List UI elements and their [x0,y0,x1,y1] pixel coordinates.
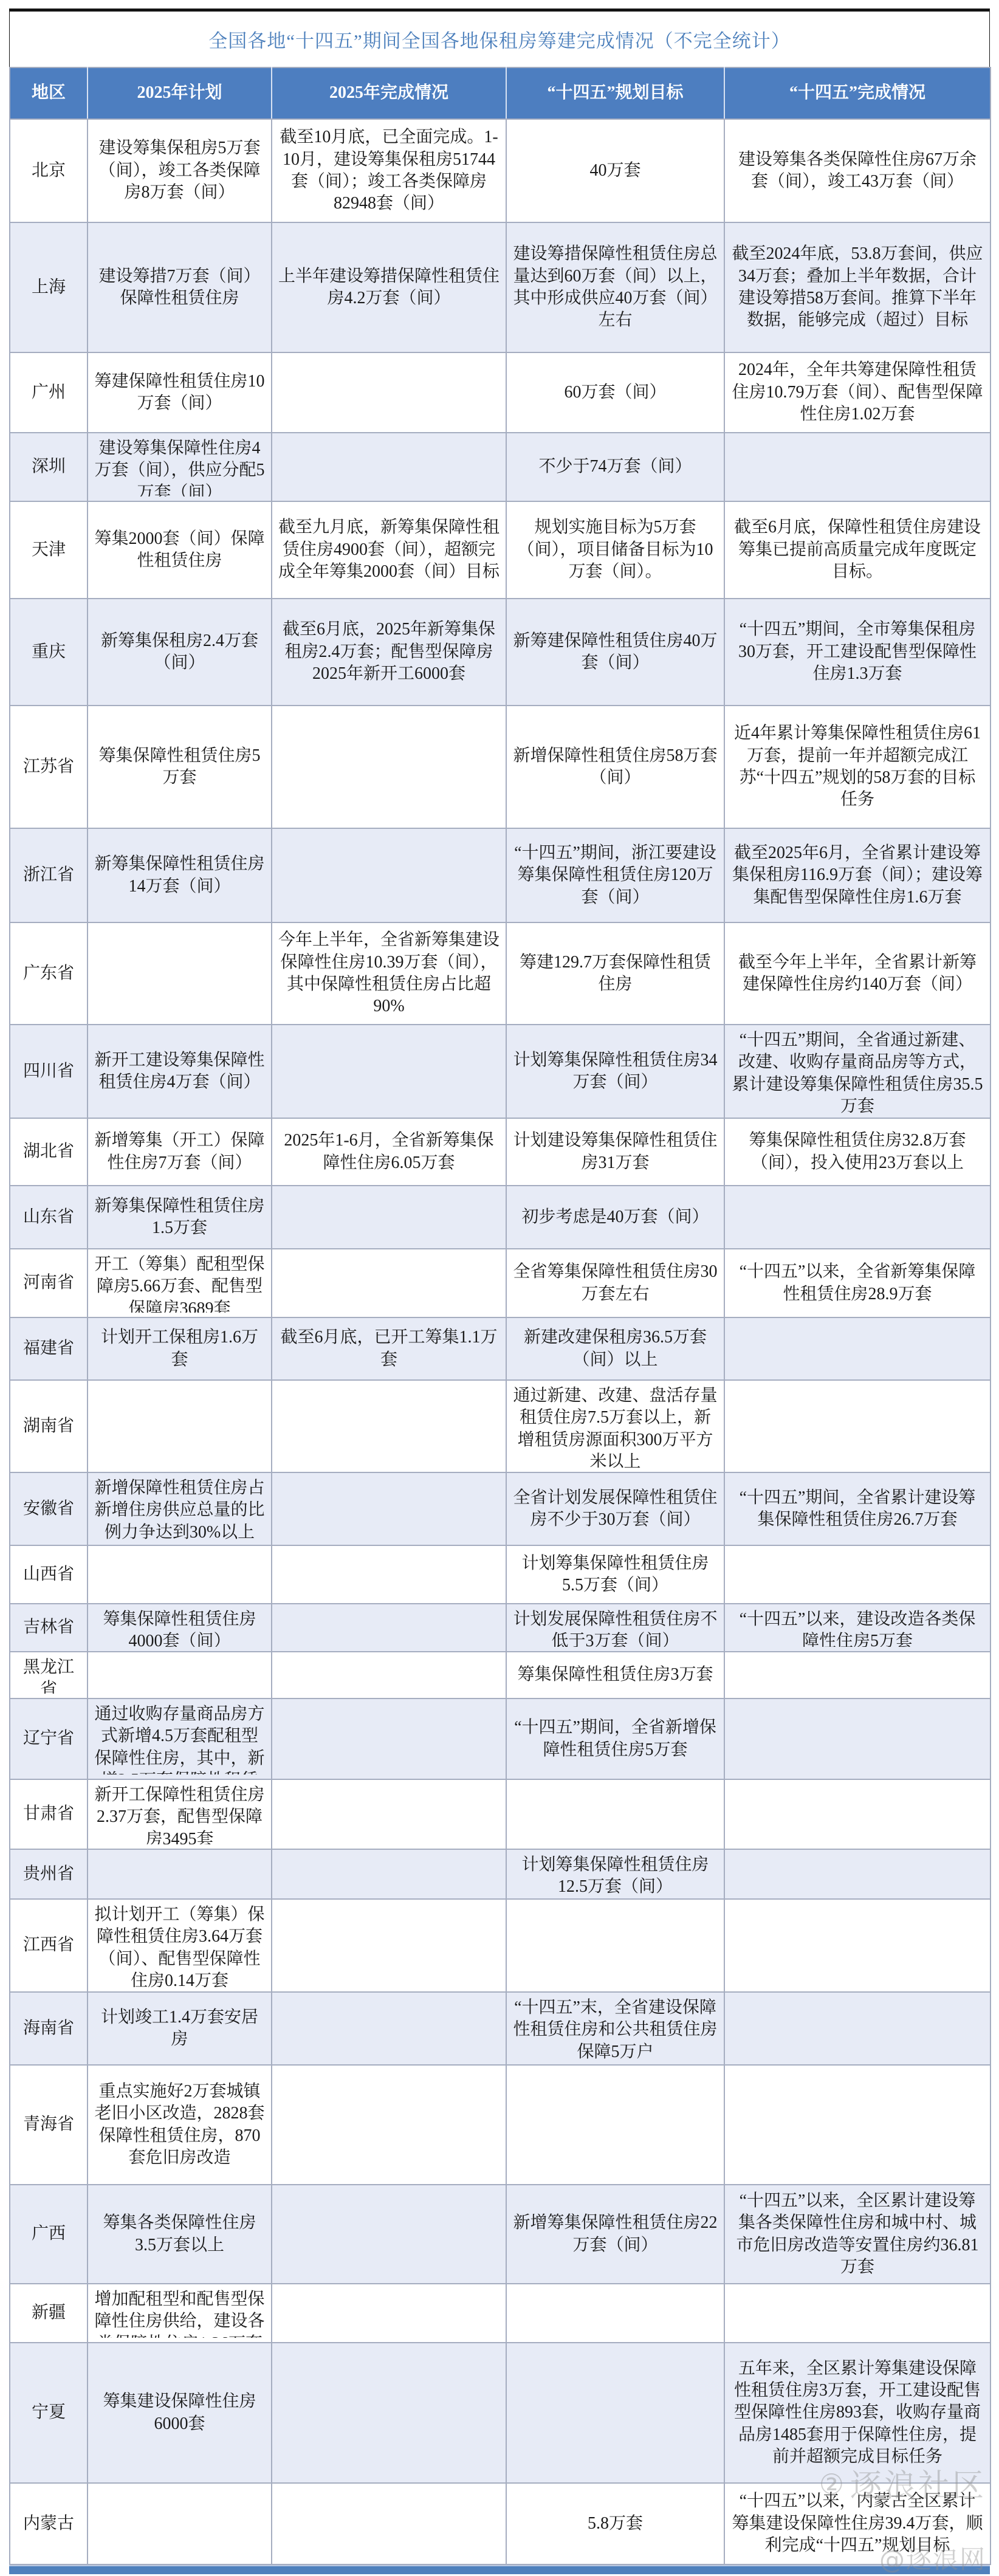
table-row-河南省: 河南省开工（筹集）配租型保障房5.66万套、配售型保障房3689套全省筹集保障性… [10,1249,990,1317]
cell-target-145-text: 5.8万套 [513,2513,718,2535]
cell-target-145: 新建改建保租房36.5万套（间）以上 [506,1317,724,1380]
cell-done-145-text: 筹集保障性租赁住房32.8万套（间），投入使用23万套以上 [731,1130,984,1174]
table-row-深圳: 深圳建设筹集保障性住房4万套（间），供应分配5万套（间）不少于74万套（间） [10,433,990,501]
region-cell: 广西 [10,2185,88,2284]
region-cell: 甘肃省 [10,1779,88,1849]
cell-target-145-text: 全省筹集保障性租赁住房30万套左右 [513,1261,718,1305]
cell-plan-2025: 筹集保障性租赁住房5万套 [88,706,272,828]
cell-target-145 [506,2284,724,2343]
table-row-内蒙古: 内蒙古5.8万套“十四五”以来，内蒙古全区累计筹集建设保障性住房39.4万套，顺… [10,2483,990,2564]
cell-target-145: 计划建设筹集保障性租赁住房31万套 [506,1118,724,1186]
table-row-湖南省: 湖南省通过新建、改建、盘活存量租赁住房7.5万套以上，新增租赁房源面积300万平… [10,1380,990,1472]
region-cell: 海南省 [10,1992,88,2065]
cell-target-145-text: 新筹建保障性租赁住房40万套（间） [513,630,718,675]
cell-target-145: 计划发展保障性租赁住房不低于3万套（间） [506,1604,724,1652]
cell-done-145 [724,1779,990,1849]
cell-done-145-text: 截至6月底，保障性租赁住房建设筹集已提前高质量完成年度既定目标。 [731,517,984,583]
cell-target-145 [506,2343,724,2483]
cell-plan-2025: 增加配租型和配售型保障性住房供给，建设各类保障性住房1.36万套 [88,2284,272,2343]
cell-target-145-text: 初步考虑是40万套（间） [513,1206,718,1228]
cell-done-2025 [272,1380,506,1472]
cell-done-2025 [272,1545,506,1604]
cell-done-145-text: 2024年，全年共筹建保障性租赁住房10.79万套（间）、配售型保障性住房1.0… [731,359,984,425]
table-row-广西: 广西筹集各类保障性住房3.5万套以上新增筹集保障性租赁住房22万套（间）“十四五… [10,2185,990,2284]
cell-done-145-text: “十四五”期间，全省通过新建、改建、收购存量商品房等方式，累计建设筹集保障性租赁… [731,1029,984,1113]
cell-done-2025-text: 上半年建设筹措保障性租赁住房4.2万套（间） [278,266,499,310]
cell-done-2025 [272,433,506,501]
housing-progress-table: 地区 2025年计划 2025年完成情况 “十四五”规划目标 “十四五”完成情况… [9,67,991,2565]
cell-done-2025: 截至6月底，已开工筹集1.1万套 [272,1317,506,1380]
cell-done-2025 [272,2343,506,2483]
cell-done-2025: 2025年1-6月，全省新筹集保障性住房6.05万套 [272,1118,506,1186]
cell-done-2025 [272,1899,506,1992]
region-label: 湖南省 [16,1415,81,1437]
region-label: 山东省 [16,1206,81,1228]
region-label: 宁夏 [16,2402,81,2423]
cell-done-145-text: 近4年累计筹集保障性租赁住房61万套，提前一年并超额完成江苏“十四五”规划的58… [731,723,984,811]
cell-plan-2025: 筹集建设保障性住房6000套 [88,2343,272,2483]
cell-done-2025 [272,828,506,922]
cell-done-2025-text: 今年上半年，全省新筹集建设保障性住房10.39万套（间），其中保障性租赁住房占比… [278,929,499,1018]
cell-target-145-text: 全省计划发展保障性租赁住房不少于30万套（间） [513,1487,718,1531]
cell-done-145-text: “十四五”以来，全省新筹集保障性租赁住房28.9万套 [731,1261,984,1305]
cell-done-2025-text: 截至6月底，2025年新筹集保租房2.4万套；配售型保障房2025年新开工600… [278,619,499,685]
cell-plan-2025-text: 新筹集保租房2.4万套（间） [94,630,265,675]
region-label: 黑龙江省 [16,1657,81,1694]
region-label: 青海省 [16,2114,81,2135]
cell-done-2025: 截至九月底，新筹集保障性租赁住房4900套（间），超额完成全年筹集2000套（间… [272,501,506,599]
table-row-青海省: 青海省重点实施好2万套城镇老旧小区改造，2828套保障性租赁住房，870套危旧房… [10,2065,990,2185]
cell-done-2025: 上半年建设筹措保障性租赁住房4.2万套（间） [272,222,506,352]
region-label: 吉林省 [16,1616,81,1638]
cell-done-145-text: 建设筹集各类保障性住房67万余套（间），竣工43万套（间） [731,149,984,193]
cell-target-145: 40万套 [506,119,724,222]
cell-done-2025 [272,1652,506,1698]
cell-done-145 [724,2065,990,2185]
region-cell: 四川省 [10,1025,88,1118]
table-row-广州: 广州筹建保障性租赁住房10万套（间）60万套（间）2024年，全年共筹建保障性租… [10,352,990,433]
region-cell: 山西省 [10,1545,88,1604]
cell-plan-2025: 新筹集保租房2.4万套（间） [88,599,272,706]
cell-plan-2025-text: 计划竣工1.4万套安居房 [94,2007,265,2051]
cell-target-145-text: 计划筹集保障性租赁住房12.5万套（间） [513,1854,718,1894]
region-cell: 吉林省 [10,1604,88,1652]
region-label: 甘肃省 [16,1803,81,1825]
cell-done-2025 [272,1698,506,1779]
region-cell: 青海省 [10,2065,88,2185]
column-header-done-2025: 2025年完成情况 [272,67,506,119]
table-row-辽宁省: 辽宁省通过收购存量商品房方式新增4.5万套配租型保障性住房，其中，新增2.5万套… [10,1698,990,1779]
title-block: 全国各地“十四五”期间全国各地保租房筹建完成情况（不完全统计） [9,9,990,67]
cell-plan-2025 [88,1380,272,1472]
cell-target-145 [506,1899,724,1992]
cell-plan-2025-text: 开工（筹集）配租型保障房5.66万套、配售型保障房3689套 [94,1254,265,1313]
table-row-海南省: 海南省计划竣工1.4万套安居房“十四五”末，全省建设保障性租赁住房和公共租赁住房… [10,1992,990,2065]
region-label: 山西省 [16,1564,81,1585]
cell-done-145 [724,1992,990,2065]
cell-plan-2025-text: 新开工保障性租赁住房2.37万套，配售型保障房3495套 [94,1784,265,1844]
cell-target-145 [506,1779,724,1849]
region-cell: 湖南省 [10,1380,88,1472]
cell-done-145: 五年来，全区累计筹集建设保障性租赁住房3万套，开工建设配售型保障性住房893套，… [724,2343,990,2483]
region-cell: 北京 [10,119,88,222]
cell-target-145-text: 规划实施目标为5万套（间），项目储备目标为10万套（间）。 [513,517,718,583]
cell-plan-2025: 建设筹措7万套（间）保障性租赁住房 [88,222,272,352]
cell-target-145-text: 60万套（间） [513,382,718,404]
cell-plan-2025: 新筹集保障性租赁住房1.5万套 [88,1186,272,1249]
cell-done-2025 [272,2065,506,2185]
cell-done-145: “十四五”期间，全省通过新建、改建、收购存量商品房等方式，累计建设筹集保障性租赁… [724,1025,990,1118]
cell-done-2025: 截至10月底，已全面完成。1-10月，建设筹集保租房51744套（间）；竣工各类… [272,119,506,222]
cell-plan-2025-text: 重点实施好2万套城镇老旧小区改造，2828套保障性租赁住房，870套危旧房改造 [94,2081,265,2169]
cell-plan-2025-text: 新筹集保障性租赁住房14万套（间） [94,853,265,898]
cell-target-145: 新增保障性租赁住房58万套（间） [506,706,724,828]
cell-done-145: 截至2025年6月，全省累计建设筹集保租房116.9万套（间）；建设筹集配售型保… [724,828,990,922]
cell-done-2025-text: 2025年1-6月，全省新筹集保障性住房6.05万套 [278,1130,499,1174]
cell-target-145: 5.8万套 [506,2483,724,2564]
cell-target-145: “十四五”末，全省建设保障性租赁住房和公共租赁住房保障5万户 [506,1992,724,2065]
table-body: 北京建设筹集保租房5万套（间），竣工各类保障房8万套（间）截至10月底，已全面完… [10,119,990,2564]
cell-done-2025 [272,1779,506,1849]
cell-target-145: 新筹建保障性租赁住房40万套（间） [506,599,724,706]
cell-done-145-text: 截至今年上半年，全省累计新筹建保障性住房约140万套（间） [731,952,984,996]
cell-plan-2025-text: 建设筹集保租房5万套（间），竣工各类保障房8万套（间） [94,137,265,204]
region-label: 浙江省 [16,864,81,886]
cell-done-145 [724,2284,990,2343]
cell-plan-2025-text: 筹建保障性租赁住房10万套（间） [94,371,265,415]
region-label: 广西 [16,2223,81,2245]
cell-done-145: 近4年累计筹集保障性租赁住房61万套，提前一年并超额完成江苏“十四五”规划的58… [724,706,990,828]
region-label: 江西省 [16,1934,81,1956]
cell-target-145: 计划筹集保障性租赁住房5.5万套（间） [506,1545,724,1604]
cell-done-2025 [272,1186,506,1249]
cell-plan-2025-text: 新增保障性租赁住房占新增住房供应总量的比例力争达到30%以上 [94,1477,265,1540]
table-row-重庆: 重庆新筹集保租房2.4万套（间）截至6月底，2025年新筹集保租房2.4万套；配… [10,599,990,706]
region-label: 新疆 [16,2302,81,2324]
region-cell: 重庆 [10,599,88,706]
cell-target-145-text: 40万套 [513,160,718,182]
cell-target-145: “十四五”期间，全省新增保障性租赁住房5万套 [506,1698,724,1779]
cell-plan-2025-text: 筹集保障性租赁住房4000套（间） [94,1609,265,1647]
region-label: 深圳 [16,456,81,478]
cell-done-145 [724,1698,990,1779]
region-cell: 安徽省 [10,1472,88,1545]
region-cell: 浙江省 [10,828,88,922]
cell-plan-2025-text: 建设筹集保障性住房4万套（间），供应分配5万套（间） [94,438,265,496]
cell-plan-2025-text: 新开工建设筹集保障性租赁住房4万套（间） [94,1049,265,1094]
cell-done-2025-text: 截至10月底，已全面完成。1-10月，建设筹集保租房51744套（间）；竣工各类… [278,126,499,215]
cell-done-2025 [272,1025,506,1118]
cell-done-2025 [272,2185,506,2284]
cell-target-145: 全省筹集保障性租赁住房30万套左右 [506,1249,724,1317]
region-cell: 天津 [10,501,88,599]
cell-target-145-text: 计划建设筹集保障性租赁住房31万套 [513,1130,718,1174]
cell-plan-2025: 筹集保障性租赁住房4000套（间） [88,1604,272,1652]
cell-done-145-text: “十四五”期间，全市筹集保租房30万套，开工建设配售型保障性住房1.3万套 [731,619,984,685]
cell-plan-2025: 建设筹集保租房5万套（间），竣工各类保障房8万套（间） [88,119,272,222]
region-cell: 广州 [10,352,88,433]
cell-done-145: “十四五”期间，全省累计建设筹集保障性租赁住房26.7万套 [724,1472,990,1545]
cell-plan-2025: 开工（筹集）配租型保障房5.66万套、配售型保障房3689套 [88,1249,272,1317]
cell-plan-2025: 拟计划开工（筹集）保障性租赁住房3.64万套（间）、配售型保障性住房0.14万套 [88,1899,272,1992]
cell-target-145-text: 新增筹集保障性租赁住房22万套（间） [513,2212,718,2256]
table-row-安徽省: 安徽省新增保障性租赁住房占新增住房供应总量的比例力争达到30%以上全省计划发展保… [10,1472,990,1545]
cell-done-145-text: “十四五”以来，全区累计建设筹集各类保障性住房和城中村、城市危旧房改造等安置住房… [731,2190,984,2279]
cell-target-145-text: “十四五”期间，全省新增保障性租赁住房5万套 [513,1717,718,1761]
cell-done-2025 [272,2483,506,2564]
region-label: 辽宁省 [16,1728,81,1750]
cell-target-145: 通过新建、改建、盘活存量租赁住房7.5万套以上，新增租赁房源面积300万平方米以… [506,1380,724,1472]
column-header-done-145: “十四五”完成情况 [724,67,990,119]
table-row-吉林省: 吉林省筹集保障性租赁住房4000套（间）计划发展保障性租赁住房不低于3万套（间）… [10,1604,990,1652]
region-label: 北京 [16,160,81,182]
cell-done-2025 [272,1849,506,1899]
column-header-plan-2025: 2025年计划 [88,67,272,119]
region-cell: 上海 [10,222,88,352]
region-label: 四川省 [16,1060,81,1082]
table-row-北京: 北京建设筹集保租房5万套（间），竣工各类保障房8万套（间）截至10月底，已全面完… [10,119,990,222]
cell-target-145-text: 计划筹集保障性租赁住房34万套（间） [513,1049,718,1094]
table-header: 地区 2025年计划 2025年完成情况 “十四五”规划目标 “十四五”完成情况 [10,67,990,119]
cell-plan-2025 [88,922,272,1025]
table-row-天津: 天津筹集2000套（间）保障性租赁住房截至九月底，新筹集保障性租赁住房4900套… [10,501,990,599]
cell-done-145-text: 截至2025年6月，全省累计建设筹集保租房116.9万套（间）；建设筹集配售型保… [731,842,984,908]
cell-plan-2025: 新开工建设筹集保障性租赁住房4万套（间） [88,1025,272,1118]
cell-done-2025 [272,352,506,433]
table-row-宁夏: 宁夏筹集建设保障性住房6000套五年来，全区累计筹集建设保障性租赁住房3万套，开… [10,2343,990,2483]
cell-target-145: 计划筹集保障性租赁住房34万套（间） [506,1025,724,1118]
region-label: 天津 [16,539,81,561]
table-row-江西省: 江西省拟计划开工（筹集）保障性租赁住房3.64万套（间）、配售型保障性住房0.1… [10,1899,990,1992]
cell-plan-2025-text: 拟计划开工（筹集）保障性租赁住房3.64万套（间）、配售型保障性住房0.14万套 [94,1904,265,1987]
table-row-山西省: 山西省计划筹集保障性租赁住房5.5万套（间） [10,1545,990,1604]
cell-done-145-text: “十四五”期间，全省累计建设筹集保障性租赁住房26.7万套 [731,1487,984,1531]
table-row-江苏省: 江苏省筹集保障性租赁住房5万套新增保障性租赁住房58万套（间）近4年累计筹集保障… [10,706,990,828]
table-row-山东省: 山东省新筹集保障性租赁住房1.5万套初步考虑是40万套（间） [10,1186,990,1249]
cell-target-145-text: 建设筹措保障性租赁住房总量达到60万套（间）以上，其中形成供应40万套（间）左右 [513,243,718,332]
cell-target-145: 计划筹集保障性租赁住房12.5万套（间） [506,1849,724,1899]
table-row-湖北省: 湖北省新增筹集（开工）保障性住房7万套（间）2025年1-6月，全省新筹集保障性… [10,1118,990,1186]
cell-done-145 [724,1380,990,1472]
cell-target-145-text: 筹建129.7万套保障性租赁住房 [513,952,718,996]
cell-done-145: 建设筹集各类保障性住房67万余套（间），竣工43万套（间） [724,119,990,222]
region-label: 上海 [16,276,81,298]
cell-plan-2025 [88,1849,272,1899]
cell-plan-2025-text: 新筹集保障性租赁住房1.5万套 [94,1195,265,1240]
cell-done-145: “十四五”以来，全区累计建设筹集各类保障性住房和城中村、城市危旧房改造等安置住房… [724,2185,990,2284]
cell-plan-2025: 计划竣工1.4万套安居房 [88,1992,272,2065]
cell-plan-2025: 新增筹集（开工）保障性住房7万套（间） [88,1118,272,1186]
cell-done-145 [724,1652,990,1698]
table-row-新疆: 新疆增加配租型和配售型保障性住房供给，建设各类保障性住房1.36万套 [10,2284,990,2343]
cell-done-145: “十四五”以来，内蒙古全区累计筹集建设保障性住房39.4万套，顺利完成“十四五”… [724,2483,990,2564]
region-cell: 江苏省 [10,706,88,828]
cell-target-145: 60万套（间） [506,352,724,433]
region-label: 贵州省 [16,1863,81,1885]
region-label: 广州 [16,382,81,404]
cell-target-145: 筹建129.7万套保障性租赁住房 [506,922,724,1025]
cell-done-145: 筹集保障性租赁住房32.8万套（间），投入使用23万套以上 [724,1118,990,1186]
cell-plan-2025-text: 筹集2000套（间）保障性租赁住房 [94,528,265,572]
cell-done-145: 截至2024年底，53.8万套间，供应34万套；叠加上半年数据，合计建设筹措58… [724,222,990,352]
header-row: 地区 2025年计划 2025年完成情况 “十四五”规划目标 “十四五”完成情况 [10,67,990,119]
cell-target-145: 建设筹措保障性租赁住房总量达到60万套（间）以上，其中形成供应40万套（间）左右 [506,222,724,352]
cell-done-2025-text: 截至6月底，已开工筹集1.1万套 [278,1327,499,1371]
cell-target-145: 全省计划发展保障性租赁住房不少于30万套（间） [506,1472,724,1545]
table-row-广东省: 广东省今年上半年，全省新筹集建设保障性住房10.39万套（间），其中保障性租赁住… [10,922,990,1025]
cell-plan-2025-text: 增加配租型和配售型保障性住房供给，建设各类保障性住房1.36万套 [94,2289,265,2338]
table-row-浙江省: 浙江省新筹集保障性租赁住房14万套（间）“十四五”期间，浙江要建设筹集保障性租赁… [10,828,990,922]
cell-done-145 [724,1186,990,1249]
cell-done-145: “十四五”以来，建设改造各类保障性住房5万套 [724,1604,990,1652]
cell-done-145 [724,433,990,501]
cell-target-145-text: “十四五”期间，浙江要建设筹集保障性租赁住房120万套（间） [513,842,718,908]
region-label: 福建省 [16,1338,81,1359]
cell-done-2025-text: 截至九月底，新筹集保障性租赁住房4900套（间），超额完成全年筹集2000套（间… [278,517,499,583]
cell-done-2025 [272,1992,506,2065]
cell-done-145: “十四五”期间，全市筹集保租房30万套，开工建设配售型保障性住房1.3万套 [724,599,990,706]
cell-done-145: 截至6月底，保障性租赁住房建设筹集已提前高质量完成年度既定目标。 [724,501,990,599]
cell-target-145: “十四五”期间，浙江要建设筹集保障性租赁住房120万套（间） [506,828,724,922]
region-cell: 深圳 [10,433,88,501]
region-cell: 内蒙古 [10,2483,88,2564]
cell-plan-2025: 重点实施好2万套城镇老旧小区改造，2828套保障性租赁住房，870套危旧房改造 [88,2065,272,2185]
cell-target-145-text: 计划筹集保障性租赁住房5.5万套（间） [513,1553,718,1597]
table-row-上海: 上海建设筹措7万套（间）保障性租赁住房上半年建设筹措保障性租赁住房4.2万套（间… [10,222,990,352]
cell-target-145-text: “十四五”末，全省建设保障性租赁住房和公共租赁住房保障5万户 [513,1997,718,2060]
cell-plan-2025 [88,2483,272,2564]
region-label: 海南省 [16,2018,81,2039]
region-label: 安徽省 [16,1498,81,1520]
cell-plan-2025-text: 筹集各类保障性住房3.5万套以上 [94,2212,265,2256]
table-row-黑龙江省: 黑龙江省筹集保障性租赁住房3万套 [10,1652,990,1698]
table-row-甘肃省: 甘肃省新开工保障性租赁住房2.37万套，配售型保障房3495套 [10,1779,990,1849]
region-cell: 广东省 [10,922,88,1025]
cell-plan-2025: 建设筹集保障性住房4万套（间），供应分配5万套（间） [88,433,272,501]
cell-done-145: 2024年，全年共筹建保障性租赁住房10.79万套（间）、配售型保障性住房1.0… [724,352,990,433]
cell-target-145-text: 新增保障性租赁住房58万套（间） [513,745,718,789]
cell-target-145-text: 筹集保障性租赁住房3万套 [513,1664,718,1686]
cell-done-145-text: 五年来，全区累计筹集建设保障性租赁住房3万套，开工建设配售型保障性住房893套，… [731,2358,984,2468]
cell-done-2025: 今年上半年，全省新筹集建设保障性住房10.39万套（间），其中保障性租赁住房占比… [272,922,506,1025]
region-cell: 江西省 [10,1899,88,1992]
region-cell: 福建省 [10,1317,88,1380]
table-row-贵州省: 贵州省计划筹集保障性租赁住房12.5万套（间） [10,1849,990,1899]
cell-done-145-text: “十四五”以来，建设改造各类保障性住房5万套 [731,1609,984,1647]
cell-target-145 [506,2065,724,2185]
cell-plan-2025: 通过收购存量商品房方式新增4.5万套配租型保障性住房，其中，新增2.5万套保障性… [88,1698,272,1779]
region-cell: 黑龙江省 [10,1652,88,1698]
cell-target-145: 规划实施目标为5万套（间），项目储备目标为10万套（间）。 [506,501,724,599]
cell-plan-2025-text: 计划开工保租房1.6万套 [94,1327,265,1371]
cell-plan-2025-text: 筹集建设保障性住房6000套 [94,2391,265,2435]
region-cell: 山东省 [10,1186,88,1249]
cell-done-145: “十四五”以来，全省新筹集保障性租赁住房28.9万套 [724,1249,990,1317]
region-cell: 宁夏 [10,2343,88,2483]
region-label: 重庆 [16,641,81,663]
cell-done-145 [724,1849,990,1899]
cell-done-2025 [272,1249,506,1317]
cell-plan-2025: 新开工保障性租赁住房2.37万套，配售型保障房3495套 [88,1779,272,1849]
cell-target-145-text: 新建改建保租房36.5万套（间）以上 [513,1327,718,1371]
page: 全国各地“十四五”期间全国各地保租房筹建完成情况（不完全统计） 地区 2025年… [9,0,990,2574]
region-cell: 辽宁省 [10,1698,88,1779]
cell-done-2025 [272,706,506,828]
cell-target-145: 新增筹集保障性租赁住房22万套（间） [506,2185,724,2284]
cell-plan-2025-text: 建设筹措7万套（间）保障性租赁住房 [94,266,265,310]
cell-plan-2025: 计划开工保租房1.6万套 [88,1317,272,1380]
region-label: 广东省 [16,963,81,984]
cell-plan-2025-text: 通过收购存量商品房方式新增4.5万套配租型保障性住房，其中，新增2.5万套保障性… [94,1703,265,1774]
cell-target-145-text: 不少于74万套（间） [513,456,718,478]
cell-done-145-text: 截至2024年底，53.8万套间，供应34万套；叠加上半年数据，合计建设筹措58… [731,243,984,332]
region-cell: 河南省 [10,1249,88,1317]
cell-plan-2025-text: 新增筹集（开工）保障性住房7万套（间） [94,1130,265,1174]
region-label: 湖北省 [16,1141,81,1163]
cell-plan-2025: 筹建保障性租赁住房10万套（间） [88,352,272,433]
cell-done-145 [724,1317,990,1380]
cell-done-2025 [272,2284,506,2343]
cell-done-145-text: “十四五”以来，内蒙古全区累计筹集建设保障性住房39.4万套，顺利完成“十四五”… [731,2490,984,2557]
region-label: 河南省 [16,1272,81,1294]
cell-plan-2025: 筹集2000套（间）保障性租赁住房 [88,501,272,599]
table-row-福建省: 福建省计划开工保租房1.6万套截至6月底，已开工筹集1.1万套新建改建保租房36… [10,1317,990,1380]
cell-target-145: 筹集保障性租赁住房3万套 [506,1652,724,1698]
cell-target-145: 不少于74万套（间） [506,433,724,501]
region-label: 内蒙古 [16,2513,81,2535]
cell-done-145 [724,1899,990,1992]
cell-done-2025 [272,1472,506,1545]
cell-target-145-text: 计划发展保障性租赁住房不低于3万套（间） [513,1609,718,1647]
page-title: 全国各地“十四五”期间全国各地保租房筹建完成情况（不完全统计） [208,26,791,53]
cell-target-145-text: 通过新建、改建、盘活存量租赁住房7.5万套以上，新增租赁房源面积300万平方米以… [513,1385,718,1468]
column-header-target-145: “十四五”规划目标 [506,67,724,119]
column-header-region: 地区 [10,67,88,119]
table-row-四川省: 四川省新开工建设筹集保障性租赁住房4万套（间）计划筹集保障性租赁住房34万套（间… [10,1025,990,1118]
cell-done-2025 [272,1604,506,1652]
cell-target-145: 初步考虑是40万套（间） [506,1186,724,1249]
region-cell: 新疆 [10,2284,88,2343]
cell-done-145: 截至今年上半年，全省累计新筹建保障性住房约140万套（间） [724,922,990,1025]
cell-plan-2025-text: 筹集保障性租赁住房5万套 [94,745,265,789]
cell-done-2025: 截至6月底，2025年新筹集保租房2.4万套；配售型保障房2025年新开工600… [272,599,506,706]
cell-plan-2025: 筹集各类保障性住房3.5万套以上 [88,2185,272,2284]
region-cell: 湖北省 [10,1118,88,1186]
cell-plan-2025: 新筹集保障性租赁住房14万套（间） [88,828,272,922]
region-cell: 贵州省 [10,1849,88,1899]
cell-plan-2025 [88,1652,272,1698]
region-label: 江苏省 [16,756,81,778]
cell-plan-2025: 新增保障性租赁住房占新增住房供应总量的比例力争达到30%以上 [88,1472,272,1545]
cell-done-145 [724,1545,990,1604]
cell-plan-2025 [88,1545,272,1604]
